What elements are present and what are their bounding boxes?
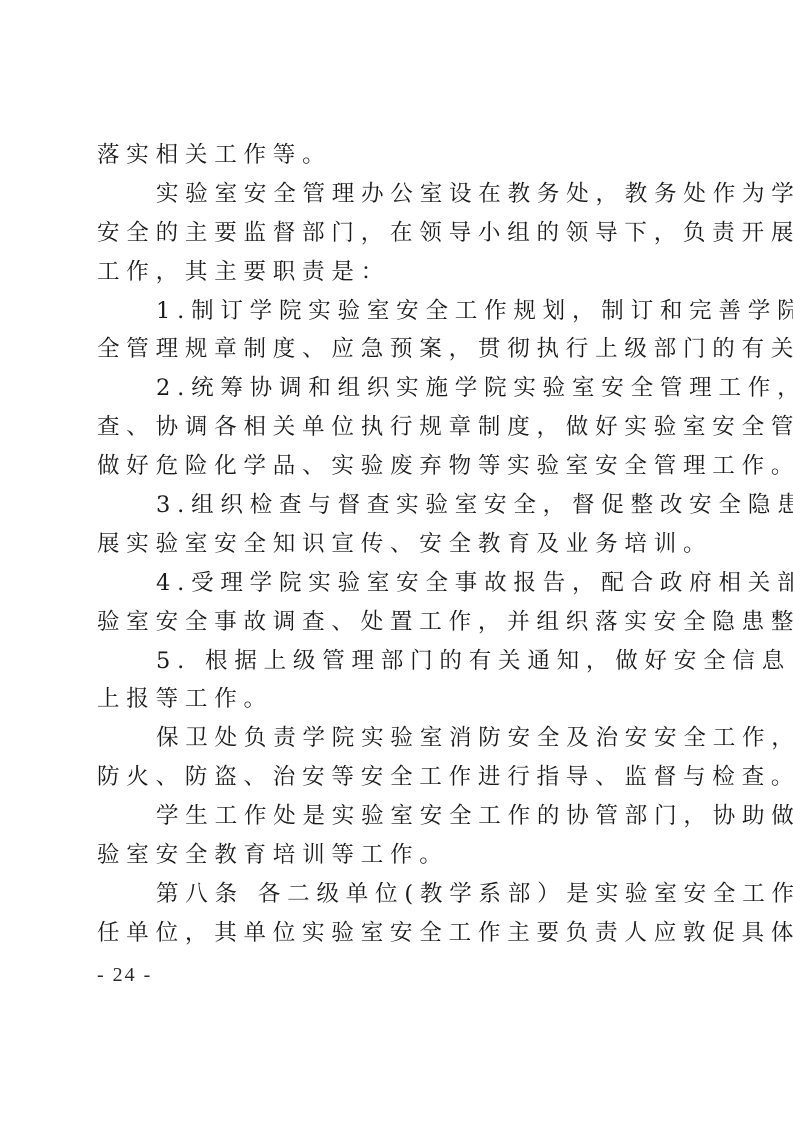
text-line: 查、协调各相关单位执行规章制度，做好实验室安全管理，重点 (97, 408, 697, 447)
paragraph-student-affairs: 学生工作处是实验室安全工作的协管部门，协助做好学生实 (97, 797, 697, 836)
list-item-5: 5. 根据上级管理部门的有关通知，做好安全信息的汇总、 (97, 642, 697, 681)
text-line: 实验室安全管理办公室设在教务处，教务处作为学院实验室 (97, 175, 697, 214)
text-line: 验室安全教育培训等工作。 (97, 836, 697, 875)
text-line: 任单位，其单位实验室安全工作主要负责人应敦促具体负责人履 (97, 914, 697, 953)
article-eight-heading: 第八条 各二级单位(教学系部）是实验室安全工作的主体责 (97, 875, 697, 914)
text-line: 做好危险化学品、实验废弃物等实验室安全管理工作。 (97, 447, 697, 486)
text-line: 防火、防盗、治安等安全工作进行指导、监督与检查。 (97, 758, 697, 797)
page-number: - 24 - (97, 964, 152, 987)
text-line: 展实验室安全知识宣传、安全教育及业务培训。 (97, 525, 697, 564)
list-item-2: 2.统筹协调和组织实施学院实验室安全管理工作，指导、督 (97, 369, 697, 408)
text-line: 验室安全事故调查、处置工作，并组织落实安全隐患整改。 (97, 603, 697, 642)
list-item-1: 1.制订学院实验室安全工作规划，制订和完善学院实验室安 (97, 292, 697, 331)
body-text: 落实相关工作等。 实验室安全管理办公室设在教务处，教务处作为学院实验室 安全的主… (97, 136, 697, 953)
text-line: 上报等工作。 (97, 680, 697, 719)
text-line: 落实相关工作等。 (97, 136, 697, 175)
text-line: 安全的主要监督部门，在领导小组的领导下，负责开展各项具体 (97, 214, 697, 253)
document-page: 落实相关工作等。 实验室安全管理办公室设在教务处，教务处作为学院实验室 安全的主… (0, 0, 793, 1123)
paragraph-security-office: 保卫处负责学院实验室消防安全及治安安全工作，对实验室 (97, 719, 697, 758)
list-item-3: 3.组织检查与督查实验室安全，督促整改安全隐患；组织开 (97, 486, 697, 525)
text-line: 工作，其主要职责是： (97, 253, 697, 292)
text-line: 全管理规章制度、应急预案，贯彻执行上级部门的有关文件； (97, 330, 697, 369)
list-item-4: 4.受理学院实验室安全事故报告，配合政府相关部门做好实 (97, 564, 697, 603)
